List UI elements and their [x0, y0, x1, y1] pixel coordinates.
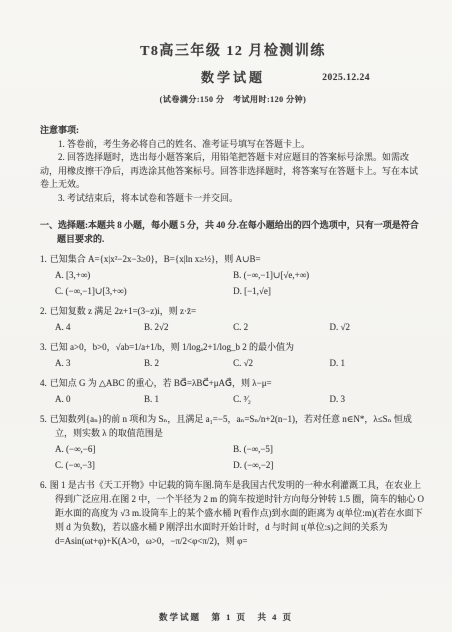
- option-d: D. [−1,√e]: [233, 285, 426, 298]
- option-c: C. √2: [233, 357, 329, 370]
- option-a: A. 3: [55, 357, 144, 370]
- option-c: C. (−∞,−3]: [55, 459, 233, 472]
- option-a: A. 4: [55, 321, 144, 334]
- option-d: D. √2: [330, 321, 426, 334]
- page-title: T8高三年级 12 月检测训练: [40, 40, 426, 60]
- option-c: C. 2: [233, 321, 329, 334]
- option-b: B. 1: [144, 393, 233, 406]
- subtitle-row: 数学试题 2025.12.24: [40, 67, 426, 84]
- question-4: 4.已知点 G 为 △ABC 的重心，若 BG⃗=λBC⃗+μAG⃗，则 λ−μ…: [40, 376, 426, 406]
- question-body: 已知复数 z 满足 2z+1=(3−z)i，则 z·z̄=: [50, 306, 196, 316]
- option-a: A. (−∞,−6]: [55, 443, 233, 456]
- option-b: B. 2√2: [144, 321, 233, 334]
- question-6: 6.图 1 是古书《天工开物》中记载的筒车图.筒车是我国古代发明的一种水利灌溉工…: [40, 478, 426, 548]
- exam-info: (试卷满分:150 分 考试用时:120 分钟): [40, 94, 426, 105]
- question-4-text: 4.已知点 G 为 △ABC 的重心，若 BG⃗=λBC⃗+μAG⃗，则 λ−μ…: [55, 376, 426, 390]
- question-number: 2.: [40, 306, 47, 316]
- option-d: D. 1: [330, 357, 426, 370]
- question-number: 6.: [40, 480, 47, 490]
- question-body: 已知集合 A={x|x²−2x−3≥0}，B={x|ln x≥½}，则 A∪B=: [50, 254, 261, 264]
- notice-heading: 注意事项:: [40, 124, 426, 138]
- question-2: 2.已知复数 z 满足 2z+1=(3−z)i，则 z·z̄= A. 4 B. …: [40, 304, 426, 334]
- question-body: 图 1 是古书《天工开物》中记载的筒车图.筒车是我国古代发明的一种水利灌溉工具，…: [50, 480, 424, 546]
- option-c: C. (−∞,−1]∪[3,+∞): [55, 285, 233, 298]
- option-b: B. (−∞,−5]: [233, 443, 426, 456]
- question-3-options: A. 3 B. 2 C. √2 D. 1: [55, 357, 426, 370]
- notice-item-1: 1. 答卷前，考生务必将自己的姓名、准考证号填写在答题卡上。: [40, 138, 426, 152]
- notice-section: 注意事项: 1. 答卷前，考生务必将自己的姓名、准考证号填写在答题卡上。 2. …: [40, 124, 426, 205]
- section-heading: 一、选择题:本题共 8 小题，每小题 5 分，共 40 分.在每小题给出的四个选…: [40, 218, 426, 246]
- question-body: 已知点 G 为 △ABC 的重心，若 BG⃗=λBC⃗+μAG⃗，则 λ−μ=: [50, 378, 272, 388]
- question-3: 3.已知 a>0，b>0，√ab=1/a+1/b，则 1/logₐ2+1/log…: [40, 340, 426, 370]
- question-2-options: A. 4 B. 2√2 C. 2 D. √2: [55, 321, 426, 334]
- question-number: 1.: [40, 254, 47, 264]
- exam-date: 2025.12.24: [322, 73, 370, 83]
- question-number: 3.: [40, 342, 47, 352]
- option-a: A. 0: [55, 393, 144, 406]
- choice-section: 一、选择题:本题共 8 小题，每小题 5 分，共 40 分.在每小题给出的四个选…: [40, 218, 426, 548]
- question-5-text: 5.已知数列{aₙ}的前 n 项和为 Sₙ，且满足 a₁=−5，aₙ=Sₙ/n+…: [55, 412, 426, 440]
- question-1-options: A. [3,+∞) B. (−∞,−1]∪[√e,+∞) C. (−∞,−1]∪…: [55, 269, 426, 298]
- question-1: 1.已知集合 A={x|x²−2x−3≥0}，B={x|ln x≥½}，则 A∪…: [40, 252, 426, 298]
- question-6-text: 6.图 1 是古书《天工开物》中记载的筒车图.筒车是我国古代发明的一种水利灌溉工…: [55, 478, 426, 548]
- question-body: 已知 a>0，b>0，√ab=1/a+1/b，则 1/logₐ2+1/log_b…: [50, 342, 294, 352]
- option-d: D. 3: [330, 393, 426, 406]
- notice-item-2: 2. 回答选择题时，选出每小题答案后，用铅笔把答题卡对应题目的答案标号涂黑。如需…: [40, 151, 426, 192]
- option-a: A. [3,+∞): [55, 269, 233, 282]
- option-c: C. ³⁄₂: [233, 393, 329, 406]
- option-d: D. (−∞,−2]: [233, 459, 426, 472]
- option-b: B. 2: [144, 357, 233, 370]
- question-4-options: A. 0 B. 1 C. ³⁄₂ D. 3: [55, 393, 426, 406]
- question-3-text: 3.已知 a>0，b>0，√ab=1/a+1/b，则 1/logₐ2+1/log…: [55, 340, 426, 354]
- question-number: 5.: [40, 414, 47, 424]
- question-number: 4.: [40, 378, 47, 388]
- option-b: B. (−∞,−1]∪[√e,+∞): [233, 269, 426, 282]
- question-2-text: 2.已知复数 z 满足 2z+1=(3−z)i，则 z·z̄=: [55, 304, 426, 318]
- question-body: 已知数列{aₙ}的前 n 项和为 Sₙ，且满足 a₁=−5，aₙ=Sₙ/n+2(…: [50, 414, 412, 438]
- page-footer: 数学试题 第 1 页 共 4 页: [0, 611, 452, 623]
- question-5-options: A. (−∞,−6] B. (−∞,−5] C. (−∞,−3] D. (−∞,…: [55, 443, 426, 472]
- exam-page: T8高三年级 12 月检测训练 数学试题 2025.12.24 (试卷满分:15…: [0, 0, 452, 632]
- notice-item-3: 3. 考试结束后，将本试卷和答题卡一并交回。: [40, 192, 426, 206]
- question-5: 5.已知数列{aₙ}的前 n 项和为 Sₙ，且满足 a₁=−5，aₙ=Sₙ/n+…: [40, 412, 426, 472]
- page-subtitle: 数学试题: [201, 70, 265, 85]
- question-1-text: 1.已知集合 A={x|x²−2x−3≥0}，B={x|ln x≥½}，则 A∪…: [55, 252, 426, 266]
